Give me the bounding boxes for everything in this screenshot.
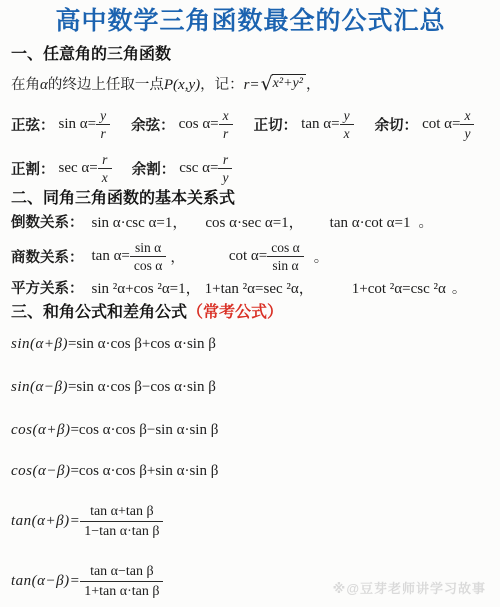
sin-difference-formula: sin(α−β)=sin α·cos β−cos α·sin β	[11, 377, 490, 396]
formula-sheet: 高中数学三角函数最全的公式汇总 一、任意角的三角函数 在角α的终边上任取一点P(…	[0, 0, 500, 607]
reciprocal-item-1: sin α·csc α=1，	[92, 215, 188, 231]
section2-heading: 二、同角三角函数的基本关系式	[11, 190, 490, 208]
denominator: x	[98, 169, 112, 185]
quotient-relations-row: 商数关系： tan α= sin αcos α ， cot α= cos αsi…	[11, 236, 490, 276]
radical-icon: √	[261, 75, 273, 94]
watermark-icon: ※	[333, 581, 347, 596]
cot-quotient-lhs: cot α=	[229, 248, 267, 265]
denominator: 1+tan α·tan β	[80, 582, 163, 600]
formula-lhs: cos(α−β)	[11, 463, 70, 479]
square-item-1: sin ²α+cos ²α=1，	[92, 281, 201, 297]
formula-lhs: cos(α+β)	[11, 422, 70, 438]
denominator: y	[460, 125, 474, 141]
page-title: 高中数学三角函数最全的公式汇总	[11, 6, 490, 36]
formula-rhs: =sin α·cos β+cos α·sin β	[68, 336, 216, 352]
r-equals: r=	[244, 77, 260, 93]
intro-text-4: ，	[306, 77, 321, 93]
section1-intro: 在角α的终边上任取一点P(x,y)，记：r=√x²+y²，	[11, 72, 490, 98]
period-mark: 。	[314, 246, 329, 267]
fraction: xr	[219, 108, 233, 141]
sine-func: sin α=	[59, 116, 97, 133]
denominator: x	[340, 125, 354, 141]
quotient-label: 商数关系：	[11, 246, 84, 267]
fraction: ry	[218, 152, 232, 185]
section3-heading-note: （常考公式）	[187, 304, 283, 321]
denominator: r	[219, 125, 233, 141]
formula-lhs: sin(α+β)	[11, 336, 68, 352]
cosine-func: cos α=	[179, 116, 219, 133]
numerator: y	[340, 108, 354, 125]
formula-rhs: =cos α·cos β−sin α·sin β	[70, 422, 218, 438]
tangent-label: 正切：	[254, 114, 298, 135]
square-relations-row: 平方关系：sin ²α+cos ²α=1，1+tan ²α=sec ²α，1+c…	[11, 280, 490, 298]
tangent-definition: 正切： tan α= yx	[254, 108, 354, 141]
denominator: sin α	[267, 257, 303, 273]
cos-difference-formula: cos(α−β)=cos α·cos β+sin α·sin β	[11, 461, 490, 480]
numerator: sin α	[130, 240, 166, 257]
reciprocal-relations-row: 倒数关系：sin α·csc α=1，cos α·sec α=1，tan α·c…	[11, 214, 490, 232]
denominator: cos α	[130, 257, 166, 273]
cosine-definition: 余弦： cos α= xr	[131, 108, 233, 141]
fraction: yr	[96, 108, 110, 141]
numerator: y	[96, 108, 110, 125]
formula-rhs: =sin α·cos β−cos α·sin β	[68, 379, 216, 395]
reciprocal-item-3: tan α·cot α=1	[330, 215, 411, 231]
cotangent-label: 余切：	[375, 114, 419, 135]
comma-mark: ，	[170, 246, 185, 267]
cotangent-definition: 余切： cot α= xy	[375, 108, 475, 141]
numerator: tan α−tan β	[80, 563, 163, 582]
point-expression: P(x,y)	[164, 77, 200, 93]
formula-lhs: sin(α−β)	[11, 379, 68, 395]
cos-sum-formula: cos(α+β)=cos α·cos β−sin α·sin β	[11, 420, 490, 439]
cosecant-label: 余割：	[132, 158, 176, 179]
reciprocal-label: 倒数关系：	[11, 215, 84, 231]
secant-label: 正割：	[11, 158, 55, 179]
numerator: x	[460, 108, 474, 125]
sine-label: 正弦：	[11, 114, 55, 135]
secant-definition: 正割： sec α= rx	[11, 152, 112, 185]
alpha-symbol: α	[40, 77, 48, 93]
numerator: cos α	[267, 240, 303, 257]
intro-text-2: 的终边上任取一点	[48, 77, 164, 93]
period-mark: 。	[452, 281, 467, 297]
period-mark: 。	[419, 215, 434, 231]
denominator: y	[218, 169, 232, 185]
intro-text-1: 在角	[11, 77, 40, 93]
secant-func: sec α=	[59, 160, 98, 177]
intro-text-3: ，记：	[200, 77, 244, 93]
fraction: xy	[460, 108, 474, 141]
fraction: tan α+tan β1−tan α·tan β	[80, 503, 163, 540]
numerator: r	[218, 152, 232, 169]
section1-heading: 一、任意角的三角函数	[11, 46, 490, 64]
square-label: 平方关系：	[11, 281, 84, 297]
section3-heading: 三、和角公式和差角公式（常考公式）	[11, 304, 490, 322]
fraction: sin αcos α	[130, 240, 166, 273]
numerator: r	[98, 152, 112, 169]
square-item-2: 1+tan ²α=sec ²α，	[205, 281, 314, 297]
formula-lhs: tan(α+β)=	[11, 513, 80, 530]
cosine-label: 余弦：	[131, 114, 175, 135]
formula-lhs: tan(α−β)=	[11, 573, 80, 590]
denominator: 1−tan α·tan β	[80, 522, 163, 540]
formula-rhs: =cos α·cos β+sin α·sin β	[70, 463, 218, 479]
sine-definition: 正弦： sin α= yr	[11, 108, 110, 141]
tangent-func: tan α=	[301, 116, 339, 133]
radicand: x²+y²	[272, 74, 306, 92]
section3-heading-text: 三、和角公式和差角公式	[11, 304, 187, 321]
square-item-3: 1+cot ²α=csc ²α	[352, 281, 446, 297]
trig-definitions-row-2: 正割： sec α= rx 余割： csc α= ry	[11, 148, 490, 188]
fraction: cos αsin α	[267, 240, 303, 273]
fraction: yx	[340, 108, 354, 141]
tan-sum-formula: tan(α+β)= tan α+tan β1−tan α·tan β	[11, 500, 490, 542]
sin-sum-formula: sin(α+β)=sin α·cos β+cos α·sin β	[11, 334, 490, 353]
denominator: r	[96, 125, 110, 141]
fraction: tan α−tan β1+tan α·tan β	[80, 563, 163, 600]
watermark: ※@豆芽老师讲学习故事	[333, 578, 486, 597]
tan-quotient-lhs: tan α=	[92, 248, 130, 265]
reciprocal-item-2: cos α·sec α=1，	[205, 215, 303, 231]
watermark-text: @豆芽老师讲学习故事	[346, 581, 486, 596]
cotangent-func: cot α=	[422, 116, 460, 133]
numerator: x	[219, 108, 233, 125]
trig-definitions-row-1: 正弦： sin α= yr 余弦： cos α= xr 正切： tan α= y…	[11, 104, 490, 144]
numerator: tan α+tan β	[80, 503, 163, 522]
square-root: √x²+y²	[260, 74, 306, 93]
cosecant-definition: 余割： csc α= ry	[132, 152, 233, 185]
cosecant-func: csc α=	[179, 160, 218, 177]
fraction: rx	[98, 152, 112, 185]
